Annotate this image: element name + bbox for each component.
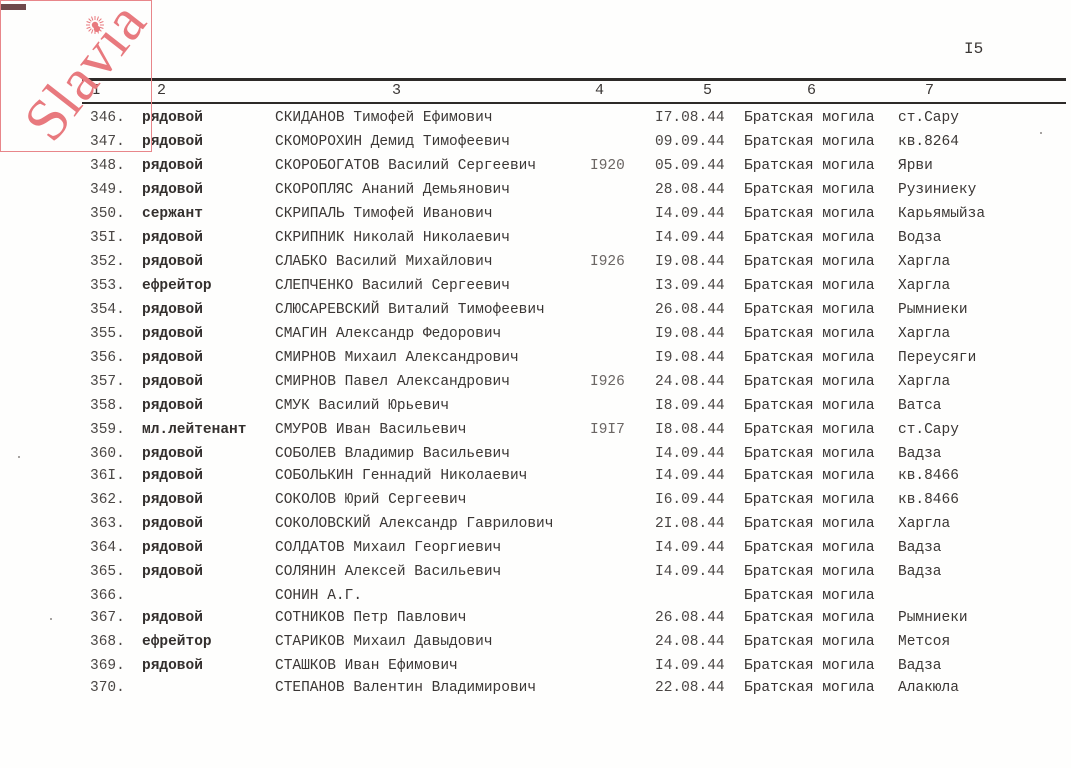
rank: рядовой bbox=[142, 370, 203, 394]
burial-type: Братская могила bbox=[744, 560, 875, 584]
rank: рядовой bbox=[142, 394, 203, 418]
full-name: СМУРОВ Иван Васильевич bbox=[275, 418, 466, 442]
full-name: СОКОЛОВ Юрий Сергеевич bbox=[275, 488, 466, 512]
row-number: 370. bbox=[90, 676, 125, 700]
rank: рядовой bbox=[142, 226, 203, 250]
full-name: СОБОЛЕВ Владимир Васильевич bbox=[275, 442, 510, 466]
table-row: 360.рядовойСОБОЛЕВ Владимир ВасильевичI4… bbox=[0, 442, 1071, 466]
burial-place: Водза bbox=[898, 226, 942, 250]
full-name: СЛЕПЧЕНКО Василий Сергеевич bbox=[275, 274, 510, 298]
burial-place: Вадза bbox=[898, 654, 942, 678]
page-number: I5 bbox=[964, 40, 983, 58]
table-row: 369.рядовойСТАШКОВ Иван ЕфимовичI4.09.44… bbox=[0, 654, 1071, 678]
burial-type: Братская могила bbox=[744, 418, 875, 442]
table-row: 349.рядовойСКОРОПЛЯС Ананий Демьянович28… bbox=[0, 178, 1071, 202]
scan-speck bbox=[18, 456, 20, 458]
row-number: 346. bbox=[90, 106, 125, 130]
row-number: 348. bbox=[90, 154, 125, 178]
burial-type: Братская могила bbox=[744, 536, 875, 560]
table-row: 359.мл.лейтенантСМУРОВ Иван ВасильевичI9… bbox=[0, 418, 1071, 442]
burial-place: Харгла bbox=[898, 274, 950, 298]
rank: рядовой bbox=[142, 488, 203, 512]
row-number: 352. bbox=[90, 250, 125, 274]
full-name: СМАГИН Александр Федорович bbox=[275, 322, 501, 346]
birth-year: I926 bbox=[590, 370, 625, 394]
row-number: 347. bbox=[90, 130, 125, 154]
full-name: СКРИПНИК Николай Николаевич bbox=[275, 226, 510, 250]
full-name: СКОРОПЛЯС Ананий Демьянович bbox=[275, 178, 510, 202]
death-date: I4.09.44 bbox=[655, 226, 725, 250]
death-date: 24.08.44 bbox=[655, 370, 725, 394]
rank: рядовой bbox=[142, 464, 203, 488]
row-number: 363. bbox=[90, 512, 125, 536]
burial-place: Харгла bbox=[898, 370, 950, 394]
burial-type: Братская могила bbox=[744, 676, 875, 700]
table-row: 355.рядовойСМАГИН Александр ФедоровичI9.… bbox=[0, 322, 1071, 346]
burial-place: Алакюла bbox=[898, 676, 959, 700]
death-date: I4.09.44 bbox=[655, 654, 725, 678]
burial-type: Братская могила bbox=[744, 178, 875, 202]
row-number: 358. bbox=[90, 394, 125, 418]
birth-year: I926 bbox=[590, 250, 625, 274]
table-row: 362.рядовойСОКОЛОВ Юрий СергеевичI6.09.4… bbox=[0, 488, 1071, 512]
column-header-5: 5 bbox=[703, 82, 712, 99]
burial-type: Братская могила bbox=[744, 394, 875, 418]
table-top-rule bbox=[82, 78, 1066, 81]
death-date: I4.09.44 bbox=[655, 202, 725, 226]
full-name: СКИДАНОВ Тимофей Ефимович bbox=[275, 106, 493, 130]
death-date: 2I.08.44 bbox=[655, 512, 725, 536]
column-header-6: 6 bbox=[807, 82, 816, 99]
burial-place: кв.8264 bbox=[898, 130, 959, 154]
rank: рядовой bbox=[142, 512, 203, 536]
row-number: 356. bbox=[90, 346, 125, 370]
rank: рядовой bbox=[142, 560, 203, 584]
rank: рядовой bbox=[142, 106, 203, 130]
row-number: 357. bbox=[90, 370, 125, 394]
full-name: СКОРОБОГАТОВ Василий Сергеевич bbox=[275, 154, 536, 178]
death-date: I8.09.44 bbox=[655, 394, 725, 418]
table-row: 346.рядовойСКИДАНОВ Тимофей ЕфимовичI7.0… bbox=[0, 106, 1071, 130]
table-row: 350.сержантСКРИПАЛЬ Тимофей ИвановичI4.0… bbox=[0, 202, 1071, 226]
scan-corner-mark bbox=[0, 4, 26, 10]
rank: рядовой bbox=[142, 178, 203, 202]
burial-type: Братская могила bbox=[744, 346, 875, 370]
rank: рядовой bbox=[142, 298, 203, 322]
full-name: СТАШКОВ Иван Ефимович bbox=[275, 654, 458, 678]
table-row: 358.рядовойСМУК Василий ЮрьевичI8.09.44Б… bbox=[0, 394, 1071, 418]
row-number: 365. bbox=[90, 560, 125, 584]
burial-type: Братская могила bbox=[744, 154, 875, 178]
burial-place: Карьямыйза bbox=[898, 202, 985, 226]
rank: рядовой bbox=[142, 536, 203, 560]
table-row: 363.рядовойСОКОЛОВСКИЙ Александр Гаврило… bbox=[0, 512, 1071, 536]
table-row: 356.рядовойСМИРНОВ Михаил АлександровичI… bbox=[0, 346, 1071, 370]
column-header-2: 2 bbox=[157, 82, 166, 99]
row-number: 353. bbox=[90, 274, 125, 298]
burial-type: Братская могила bbox=[744, 442, 875, 466]
table-row: 353.ефрейторСЛЕПЧЕНКО Василий СергеевичI… bbox=[0, 274, 1071, 298]
burial-type: Братская могила bbox=[744, 274, 875, 298]
burial-type: Братская могила bbox=[744, 654, 875, 678]
burial-place: Вадза bbox=[898, 442, 942, 466]
death-date: I4.09.44 bbox=[655, 560, 725, 584]
burial-type: Братская могила bbox=[744, 370, 875, 394]
burial-type: Братская могила bbox=[744, 630, 875, 654]
rank: рядовой bbox=[142, 606, 203, 630]
birth-year: I9I7 bbox=[590, 418, 625, 442]
row-number: 359. bbox=[90, 418, 125, 442]
burial-place: Вадза bbox=[898, 536, 942, 560]
burial-place: ст.Сару bbox=[898, 418, 959, 442]
table-row: 35I.рядовойСКРИПНИК Николай НиколаевичI4… bbox=[0, 226, 1071, 250]
full-name: СЛЮСАРЕВСКИЙ Виталий Тимофеевич bbox=[275, 298, 545, 322]
rank: сержант bbox=[142, 202, 203, 226]
sun-icon bbox=[85, 15, 105, 35]
rank: рядовой bbox=[142, 442, 203, 466]
full-name: СМУК Василий Юрьевич bbox=[275, 394, 449, 418]
burial-place: Рузиниеку bbox=[898, 178, 976, 202]
death-date: I3.09.44 bbox=[655, 274, 725, 298]
row-number: 354. bbox=[90, 298, 125, 322]
burial-place: кв.8466 bbox=[898, 488, 959, 512]
death-date: I6.09.44 bbox=[655, 488, 725, 512]
burial-type: Братская могила bbox=[744, 606, 875, 630]
burial-place: Ярви bbox=[898, 154, 933, 178]
burial-place: Вадза bbox=[898, 560, 942, 584]
full-name: СТАРИКОВ Михаил Давыдович bbox=[275, 630, 493, 654]
table-row: 357.рядовойСМИРНОВ Павел АлександровичI9… bbox=[0, 370, 1071, 394]
table-row: 367.рядовойСОТНИКОВ Петр Павлович26.08.4… bbox=[0, 606, 1071, 630]
death-date: 24.08.44 bbox=[655, 630, 725, 654]
death-date: 28.08.44 bbox=[655, 178, 725, 202]
column-header-1: I bbox=[92, 82, 101, 99]
rank: ефрейтор bbox=[142, 274, 212, 298]
row-number: 36I. bbox=[90, 464, 125, 488]
burial-type: Братская могила bbox=[744, 106, 875, 130]
table-row: 347.рядовойСКОМОРОХИН Демид Тимофеевич09… bbox=[0, 130, 1071, 154]
death-date: I4.09.44 bbox=[655, 536, 725, 560]
table-row: 365.рядовойСОЛЯНИН Алексей ВасильевичI4.… bbox=[0, 560, 1071, 584]
full-name: СОКОЛОВСКИЙ Александр Гаврилович bbox=[275, 512, 553, 536]
death-date: I4.09.44 bbox=[655, 464, 725, 488]
burial-place: Рымниеки bbox=[898, 606, 968, 630]
row-number: 369. bbox=[90, 654, 125, 678]
burial-place: Харгла bbox=[898, 322, 950, 346]
full-name: СОЛЯНИН Алексей Васильевич bbox=[275, 560, 501, 584]
burial-place: Рымниеки bbox=[898, 298, 968, 322]
scan-speck bbox=[1040, 132, 1042, 134]
column-header-3: 3 bbox=[392, 82, 401, 99]
row-number: 35I. bbox=[90, 226, 125, 250]
rank: ефрейтор bbox=[142, 630, 212, 654]
burial-type: Братская могила bbox=[744, 322, 875, 346]
burial-type: Братская могила bbox=[744, 130, 875, 154]
death-date: 05.09.44 bbox=[655, 154, 725, 178]
full-name: СОНИН А.Г. bbox=[275, 584, 362, 608]
full-name: СОТНИКОВ Петр Павлович bbox=[275, 606, 466, 630]
table-row: 370.СТЕПАНОВ Валентин Владимирович22.08.… bbox=[0, 676, 1071, 700]
burial-type: Братская могила bbox=[744, 464, 875, 488]
death-date: 22.08.44 bbox=[655, 676, 725, 700]
scan-speck bbox=[50, 618, 52, 620]
full-name: СМИРНОВ Михаил Александрович bbox=[275, 346, 519, 370]
death-date: 26.08.44 bbox=[655, 606, 725, 630]
burial-place: кв.8466 bbox=[898, 464, 959, 488]
burial-type: Братская могила bbox=[744, 250, 875, 274]
row-number: 364. bbox=[90, 536, 125, 560]
death-date: 09.09.44 bbox=[655, 130, 725, 154]
full-name: СОЛДАТОВ Михаил Георгиевич bbox=[275, 536, 501, 560]
burial-place: Переусяги bbox=[898, 346, 976, 370]
burial-place: Ватса bbox=[898, 394, 942, 418]
full-name: СТЕПАНОВ Валентин Владимирович bbox=[275, 676, 536, 700]
death-date: I7.08.44 bbox=[655, 106, 725, 130]
row-number: 355. bbox=[90, 322, 125, 346]
burial-type: Братская могила bbox=[744, 584, 875, 608]
full-name: СКРИПАЛЬ Тимофей Иванович bbox=[275, 202, 493, 226]
rank: рядовой bbox=[142, 154, 203, 178]
rank: рядовой bbox=[142, 346, 203, 370]
birth-year: I920 bbox=[590, 154, 625, 178]
column-header-7: 7 bbox=[925, 82, 934, 99]
burial-type: Братская могила bbox=[744, 488, 875, 512]
burial-type: Братская могила bbox=[744, 298, 875, 322]
death-date: I9.08.44 bbox=[655, 346, 725, 370]
row-number: 368. bbox=[90, 630, 125, 654]
death-date: I9.08.44 bbox=[655, 250, 725, 274]
rank: рядовой bbox=[142, 250, 203, 274]
burial-type: Братская могила bbox=[744, 202, 875, 226]
full-name: СМИРНОВ Павел Александрович bbox=[275, 370, 510, 394]
row-number: 366. bbox=[90, 584, 125, 608]
death-date: 26.08.44 bbox=[655, 298, 725, 322]
scanned-document-page: Slavia I5 I 2 3 4 5 6 7 346.рядовойСКИДА… bbox=[0, 0, 1071, 768]
table-row: 352.рядовойСЛАБКО Василий МихайловичI926… bbox=[0, 250, 1071, 274]
row-number: 362. bbox=[90, 488, 125, 512]
death-date: I9.08.44 bbox=[655, 322, 725, 346]
table-row: 348.рядовойСКОРОБОГАТОВ Василий Сергееви… bbox=[0, 154, 1071, 178]
table-row: 364.рядовойСОЛДАТОВ Михаил ГеоргиевичI4.… bbox=[0, 536, 1071, 560]
rank: рядовой bbox=[142, 654, 203, 678]
burial-place: Метсоя bbox=[898, 630, 950, 654]
full-name: СКОМОРОХИН Демид Тимофеевич bbox=[275, 130, 510, 154]
burial-type: Братская могила bbox=[744, 512, 875, 536]
burial-place: Харгла bbox=[898, 250, 950, 274]
rank: мл.лейтенант bbox=[142, 418, 246, 442]
row-number: 360. bbox=[90, 442, 125, 466]
burial-type: Братская могила bbox=[744, 226, 875, 250]
header-bottom-rule bbox=[82, 102, 1066, 104]
column-header-4: 4 bbox=[595, 82, 604, 99]
row-number: 367. bbox=[90, 606, 125, 630]
burial-place: ст.Сару bbox=[898, 106, 959, 130]
rank: рядовой bbox=[142, 322, 203, 346]
table-row: 36I.рядовойСОБОЛЬКИН Геннадий Николаевич… bbox=[0, 464, 1071, 488]
death-date: I4.09.44 bbox=[655, 442, 725, 466]
full-name: СЛАБКО Василий Михайлович bbox=[275, 250, 493, 274]
row-number: 350. bbox=[90, 202, 125, 226]
row-number: 349. bbox=[90, 178, 125, 202]
table-row: 368.ефрейторСТАРИКОВ Михаил Давыдович24.… bbox=[0, 630, 1071, 654]
death-date: I8.08.44 bbox=[655, 418, 725, 442]
table-row: 354.рядовойСЛЮСАРЕВСКИЙ Виталий Тимофеев… bbox=[0, 298, 1071, 322]
full-name: СОБОЛЬКИН Геннадий Николаевич bbox=[275, 464, 527, 488]
rank: рядовой bbox=[142, 130, 203, 154]
table-row: 366.СОНИН А.Г.Братская могила bbox=[0, 584, 1071, 608]
burial-place: Харгла bbox=[898, 512, 950, 536]
